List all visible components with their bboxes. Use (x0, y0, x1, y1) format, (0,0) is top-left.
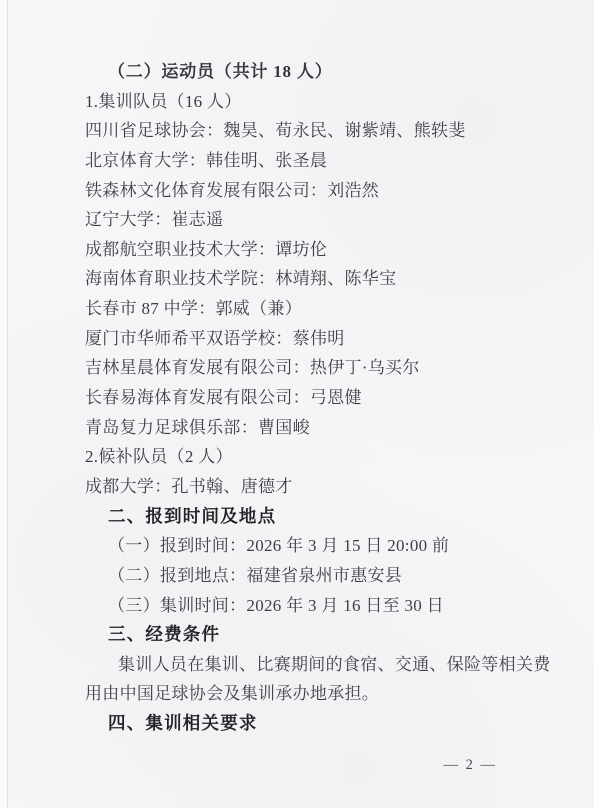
doc-line: 长春易海体育发展有限公司：弓恩健 (85, 383, 520, 413)
doc-line: 2.候补队员（2 人） (85, 442, 520, 472)
doc-line: （三）集训时间：2026 年 3 月 16 日至 30 日 (108, 591, 520, 621)
doc-line: 用由中国足球协会及集训承办地承担。 (85, 679, 520, 709)
doc-line: 北京体育大学：韩佳明、张圣晨 (85, 146, 520, 176)
doc-line: 1.集训队员（16 人） (85, 87, 520, 117)
doc-line: （一）报到时间：2026 年 3 月 15 日 20:00 前 (108, 531, 520, 561)
doc-line: （二）报到地点：福建省泉州市惠安县 (108, 561, 520, 591)
doc-line: 海南体育职业技术学院：林靖翔、陈华宝 (85, 264, 520, 294)
document-page: （二）运动员（共计 18 人）1.集训队员（16 人）四川省足球协会：魏昊、荀永… (0, 0, 594, 808)
page-number: — 2 — (444, 757, 498, 774)
doc-line: 成都航空职业技术大学：谭坊伦 (85, 235, 520, 265)
doc-line: 二、报到时间及地点 (108, 502, 520, 532)
doc-line: （二）运动员（共计 18 人） (108, 57, 520, 87)
doc-line: 铁森林文化体育发展有限公司：刘浩然 (85, 176, 520, 206)
doc-line: 厦门市华师希平双语学校：蔡伟明 (85, 324, 520, 354)
doc-line: 集训人员在集训、比赛期间的食宿、交通、保险等相关费 (118, 650, 520, 680)
doc-line: 四川省足球协会：魏昊、荀永民、谢紫靖、熊轶斐 (85, 116, 520, 146)
doc-line: 成都大学：孔书翰、唐德才 (85, 472, 520, 502)
doc-line: 吉林星晨体育发展有限公司：热伊丁·乌买尔 (85, 353, 520, 383)
doc-line: 三、经费条件 (108, 620, 520, 650)
doc-line: 四、集训相关要求 (108, 709, 520, 739)
document-body: （二）运动员（共计 18 人）1.集训队员（16 人）四川省足球协会：魏昊、荀永… (85, 57, 520, 739)
doc-line: 辽宁大学：崔志遥 (85, 205, 520, 235)
doc-line: 青岛复力足球俱乐部：曹国峻 (85, 413, 520, 443)
doc-line: 长春市 87 中学：郭威（兼） (85, 294, 520, 324)
